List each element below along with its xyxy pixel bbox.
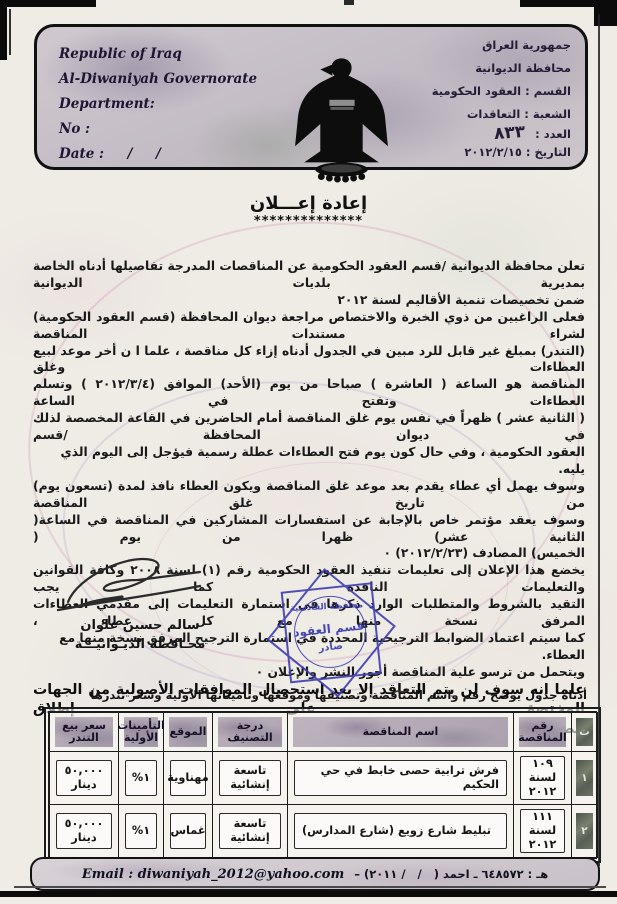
col-header-serial: ت xyxy=(572,713,598,752)
signatory-title: محـافظة الديـوانيـــة xyxy=(45,637,235,652)
cell-tender-name: فرش ترابية حصى خابط في حي الحكيم xyxy=(288,752,514,805)
page-title: إعادة إعـــلان xyxy=(0,193,617,214)
table-header-row: ت رقم المناقصة اسم المناقصة درجة التصنيف… xyxy=(50,713,598,752)
body-line: فعلى الراغبين من ذوي الخبرة والاختصاص مر… xyxy=(33,309,585,343)
tender-table: ت رقم المناقصة اسم المناقصة درجة التصنيف… xyxy=(49,712,598,858)
cell-tender-number: ١٠٩ لسنة ٢٠١٢ xyxy=(514,752,572,805)
letterhead-number-ar: العدد : ٨٣٣ xyxy=(432,123,571,143)
body-line: وسوف يهمل أي عطاء يقدم بعد موعد غلق المن… xyxy=(33,478,585,512)
qadisiyah-contracts-stamp-icon: محافظة القادسية قسم العقود صادر xyxy=(262,564,396,698)
scan-artifact-bottom-bar xyxy=(0,891,617,897)
cell-deposit: ١% xyxy=(119,805,164,858)
table-row: ١ ١٠٩ لسنة ٢٠١٢ فرش ترابية حصى خابط في ح… xyxy=(50,752,598,805)
cell-location: مهناوية xyxy=(164,752,213,805)
scan-artifact-top-tick xyxy=(344,0,354,5)
scan-artifact-left-inner-line xyxy=(9,9,11,55)
letterhead-date-en: Date : / / xyxy=(59,146,257,162)
cell-price: ٥٠,٠٠٠ دينار xyxy=(50,805,119,858)
number-value-handwritten: ٨٣٣ xyxy=(493,122,525,144)
letterhead-division-ar: الشعبة : التعاقدات xyxy=(432,107,571,121)
col-header-location: الموقع xyxy=(164,713,213,752)
letterhead-country-en: Republic of Iraq xyxy=(59,46,257,62)
cell-serial: ٢ xyxy=(572,805,598,858)
handwritten-signature-icon xyxy=(50,550,220,622)
col-header-classification: درجة التصنيف xyxy=(213,713,288,752)
cell-tender-name: تبليط شارع زويع (شارع المدارس) xyxy=(288,805,514,858)
announcement-heading: إعادة إعـــلان ************** xyxy=(0,193,617,229)
cell-classification: تاسعة إنشائية xyxy=(213,805,288,858)
body-line: (التندر) بمبلغ غير قابل للرد مبين في الج… xyxy=(33,343,585,377)
footer-phone: هـ : ٦٤٨٥٧٢ ـ احمد ( / / ٢٠١١) – xyxy=(354,867,548,881)
body-line: وسوف يعقد مؤتمر خاص بالإجابة عن استفسارا… xyxy=(33,512,585,546)
cell-tender-number: ١١١ لسنة ٢٠١٢ xyxy=(514,805,572,858)
col-header-tender-number: رقم المناقصة xyxy=(514,713,572,752)
letterhead-number-en: No : xyxy=(59,121,257,137)
letterhead-english-block: Republic of Iraq Al-Diwaniyah Governorat… xyxy=(59,37,257,162)
body-line: المناقصة هو الساعة ( العاشرة ) صباحا من … xyxy=(33,376,585,410)
footer-email: Email : diwaniyah_2012@yahoo.com xyxy=(82,867,344,882)
letterhead-arabic-block: جمهورية العراق محافظة الديوانية القسم : … xyxy=(432,29,571,159)
col-header-deposit: التأمينات الأولية xyxy=(119,713,164,752)
signatory-name: سالم حسين علوان xyxy=(55,618,225,633)
stamp-ink-mark xyxy=(392,686,410,696)
body-line: ضمن تخصيصات تنمية الأقاليم لسنة ٢٠١٢ xyxy=(33,292,585,309)
tender-table-frame: ت رقم المناقصة اسم المناقصة درجة التصنيف… xyxy=(44,707,601,863)
letterhead-governorate-ar: محافظة الديوانية xyxy=(432,61,571,75)
stars-divider: ************** xyxy=(0,214,617,229)
letterhead-department-ar: القسم : العقود الحكومية xyxy=(432,84,571,98)
scan-artifact-right-edge-line xyxy=(598,14,600,866)
scan-artifact-left-bar xyxy=(0,0,7,60)
body-line: تعلن محافظة الديوانية /قسم العقود الحكوم… xyxy=(33,258,585,292)
letterhead-date-ar: التاريخ : ٢٠١٢/٢/١٥ xyxy=(432,145,571,159)
scan-artifact-top-left-bar xyxy=(0,0,96,7)
cell-deposit: ١% xyxy=(119,752,164,805)
letterhead-department-en: Department: xyxy=(59,96,257,112)
scanned-document-page: Republic of Iraq Al-Diwaniyah Governorat… xyxy=(0,0,617,904)
iraq-eagle-emblem-icon xyxy=(289,55,395,185)
cell-classification: تاسعة إنشائية xyxy=(213,752,288,805)
date-value-handwritten: ٢٠١٢/٢/١٥ xyxy=(464,145,522,159)
letterhead-country-ar: جمهورية العراق xyxy=(432,38,571,52)
cell-price: ٥٠,٠٠٠ دينار xyxy=(50,752,119,805)
letterhead-box: Republic of Iraq Al-Diwaniyah Governorat… xyxy=(34,24,588,170)
col-header-tender-name: اسم المناقصة xyxy=(288,713,514,752)
scan-artifact-bottom-thin-line xyxy=(14,886,606,888)
cell-location: غماس xyxy=(164,805,213,858)
body-line: العقود الحكومية ، وفي حال كون يوم فتح ال… xyxy=(33,444,585,478)
date-label: التاريخ : xyxy=(526,145,571,159)
body-line: ( الثانية عشر ) ظهراً في نفس يوم غلق الم… xyxy=(33,410,585,444)
letterhead-governorate-en: Al-Diwaniyah Governorate xyxy=(59,71,257,87)
number-label: العدد : xyxy=(535,127,571,141)
cell-serial: ١ xyxy=(572,752,598,805)
table-row: ٢ ١١١ لسنة ٢٠١٢ تبليط شارع زويع (شارع ال… xyxy=(50,805,598,858)
col-header-tender-price: سعر بيع التندر xyxy=(50,713,119,752)
